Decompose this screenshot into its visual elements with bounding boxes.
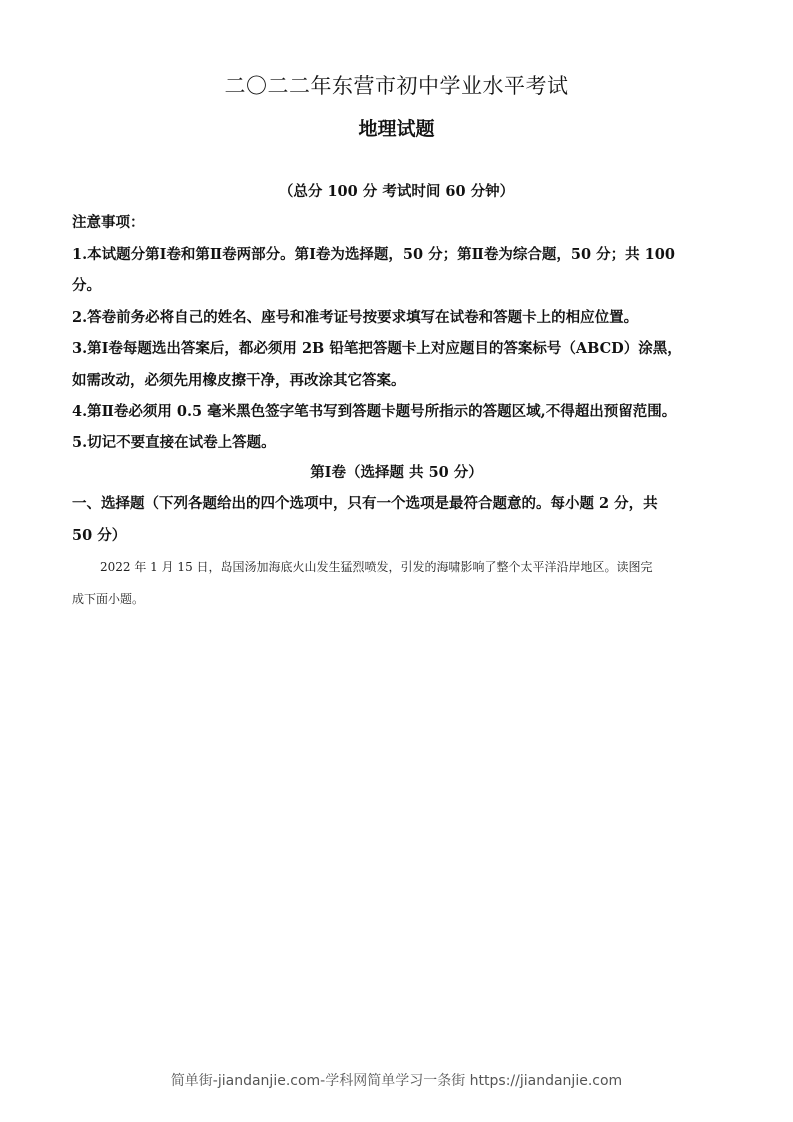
exam-score-time: （总分 100 分 考试时间 60 分钟） bbox=[0, 180, 793, 201]
exam-subject: 地理试题 bbox=[0, 114, 793, 141]
passage-line: 成下面小题。 bbox=[72, 590, 732, 607]
note-line: 2.答卷前务必将自己的姓名、座号和准考证号按要求填写在试卷和答题卡上的相应位置。 bbox=[72, 306, 732, 327]
note-line: 分。 bbox=[72, 274, 732, 295]
question-intro: 一、选择题（下列各题给出的四个选项中，只有一个选项是最符合题意的。每小题 2 分… bbox=[72, 492, 732, 513]
note-line: 如需改动，必须先用橡皮擦干净，再改涂其它答案。 bbox=[72, 369, 732, 390]
note-line: 3.第Ⅰ卷每题选出答案后，都必须用 2B 铅笔把答题卡上对应题目的答案标号（AB… bbox=[72, 337, 732, 358]
exam-title: 二〇二二年东营市初中学业水平考试 bbox=[0, 70, 793, 100]
section-title: 第Ⅰ卷（选择题 共 50 分） bbox=[0, 461, 793, 482]
note-line: 1.本试题分第Ⅰ卷和第Ⅱ卷两部分。第Ⅰ卷为选择题，50 分；第Ⅱ卷为综合题，50… bbox=[72, 243, 732, 264]
footer-watermark: 简单街-jiandanjie.com-学科网简单学习一条街 https://ji… bbox=[0, 1070, 793, 1090]
note-line: 5.切记不要直接在试卷上答题。 bbox=[72, 431, 732, 452]
passage-line: 2022 年 1 月 15 日，岛国汤加海底火山发生猛烈喷发，引发的海啸影响了整… bbox=[100, 558, 740, 575]
notes-heading: 注意事项： bbox=[72, 211, 145, 232]
question-intro: 50 分） bbox=[72, 524, 732, 545]
exam-page: 二〇二二年东营市初中学业水平考试 地理试题 （总分 100 分 考试时间 60 … bbox=[0, 0, 793, 1122]
note-line: 4.第Ⅱ卷必须用 0.5 毫米黑色签字笔书写到答题卡题号所指示的答题区域,不得超… bbox=[72, 400, 732, 421]
